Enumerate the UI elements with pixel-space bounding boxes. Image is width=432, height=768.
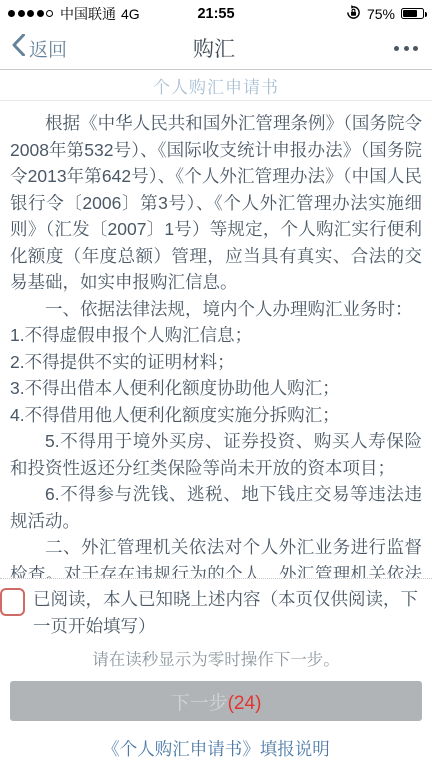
carrier-label: 中国联通 bbox=[60, 4, 116, 24]
status-bar: 中国联通 4G 21:55 75% bbox=[0, 0, 432, 27]
document-paragraph: 根据《中华人民共和国外汇管理条例》（国务院令2008年第532号）、《国际收支统… bbox=[10, 110, 422, 296]
application-guide-link[interactable]: 《个人购汇申请书》填报说明 bbox=[0, 736, 432, 761]
document-paragraph: 1.不得虚假申报个人购汇信息； bbox=[10, 322, 422, 349]
agreement-row: 已阅读，本人已知晓上述内容（本页仅供阅读，下一页开始填写） bbox=[0, 578, 432, 642]
next-step-label: 下一步 bbox=[171, 693, 228, 714]
document-paragraph: 5.不得用于境外买房、证券投资、购买人寿保险和投资性返还分红类保险等尚未开放的资… bbox=[10, 428, 422, 481]
chevron-left-icon bbox=[12, 34, 25, 62]
ellipsis-icon bbox=[394, 46, 399, 51]
signal-strength-icon bbox=[8, 10, 53, 17]
document-paragraph: 2.不得提供不实的证明材料； bbox=[10, 349, 422, 376]
countdown-value: (24) bbox=[228, 693, 262, 714]
more-menu-button[interactable] bbox=[235, 38, 420, 59]
document-body[interactable]: 根据《中华人民共和国外汇管理条例》（国务院令2008年第532号）、《国际收支统… bbox=[0, 101, 432, 578]
next-step-button[interactable]: 下一步(24) bbox=[10, 681, 422, 721]
battery-fill bbox=[403, 10, 417, 17]
document-paragraph: 二、外汇管理机关依法对个人外汇业务进行监督检查。对于存在违规行为的个人，外汇管理… bbox=[10, 534, 422, 578]
agreement-checkbox[interactable] bbox=[0, 588, 25, 616]
document-paragraph: 6.不得参与洗钱、逃税、地下钱庄交易等违法违规活动。 bbox=[10, 481, 422, 534]
countdown-hint: 请在读秒显示为零时操作下一步。 bbox=[0, 648, 432, 672]
battery-icon bbox=[401, 8, 424, 19]
document-paragraph: 4.不得借用他人便利化额度实施分拆购汇； bbox=[10, 402, 422, 429]
document-paragraph: 一、依据法律法规，境内个人办理购汇业务时： bbox=[10, 296, 422, 323]
back-button-label: 返回 bbox=[29, 35, 67, 62]
nav-bar: 返回 购汇 bbox=[0, 27, 432, 70]
battery-percent-label: 75% bbox=[367, 6, 395, 22]
clock: 21:55 bbox=[197, 6, 234, 22]
agreement-label[interactable]: 已阅读，本人已知晓上述内容（本页仅供阅读，下一页开始填写） bbox=[33, 586, 424, 640]
orientation-lock-icon bbox=[346, 5, 361, 23]
document-paragraph: 3.不得出借本人便利化额度协助他人购汇； bbox=[10, 375, 422, 402]
page-title: 购汇 bbox=[193, 33, 235, 63]
document-title: 个人购汇申请书 bbox=[0, 70, 432, 101]
network-type-label: 4G bbox=[121, 6, 140, 22]
app-screen: 中国联通 4G 21:55 75% bbox=[0, 0, 432, 768]
back-button[interactable]: 返回 bbox=[12, 34, 193, 62]
